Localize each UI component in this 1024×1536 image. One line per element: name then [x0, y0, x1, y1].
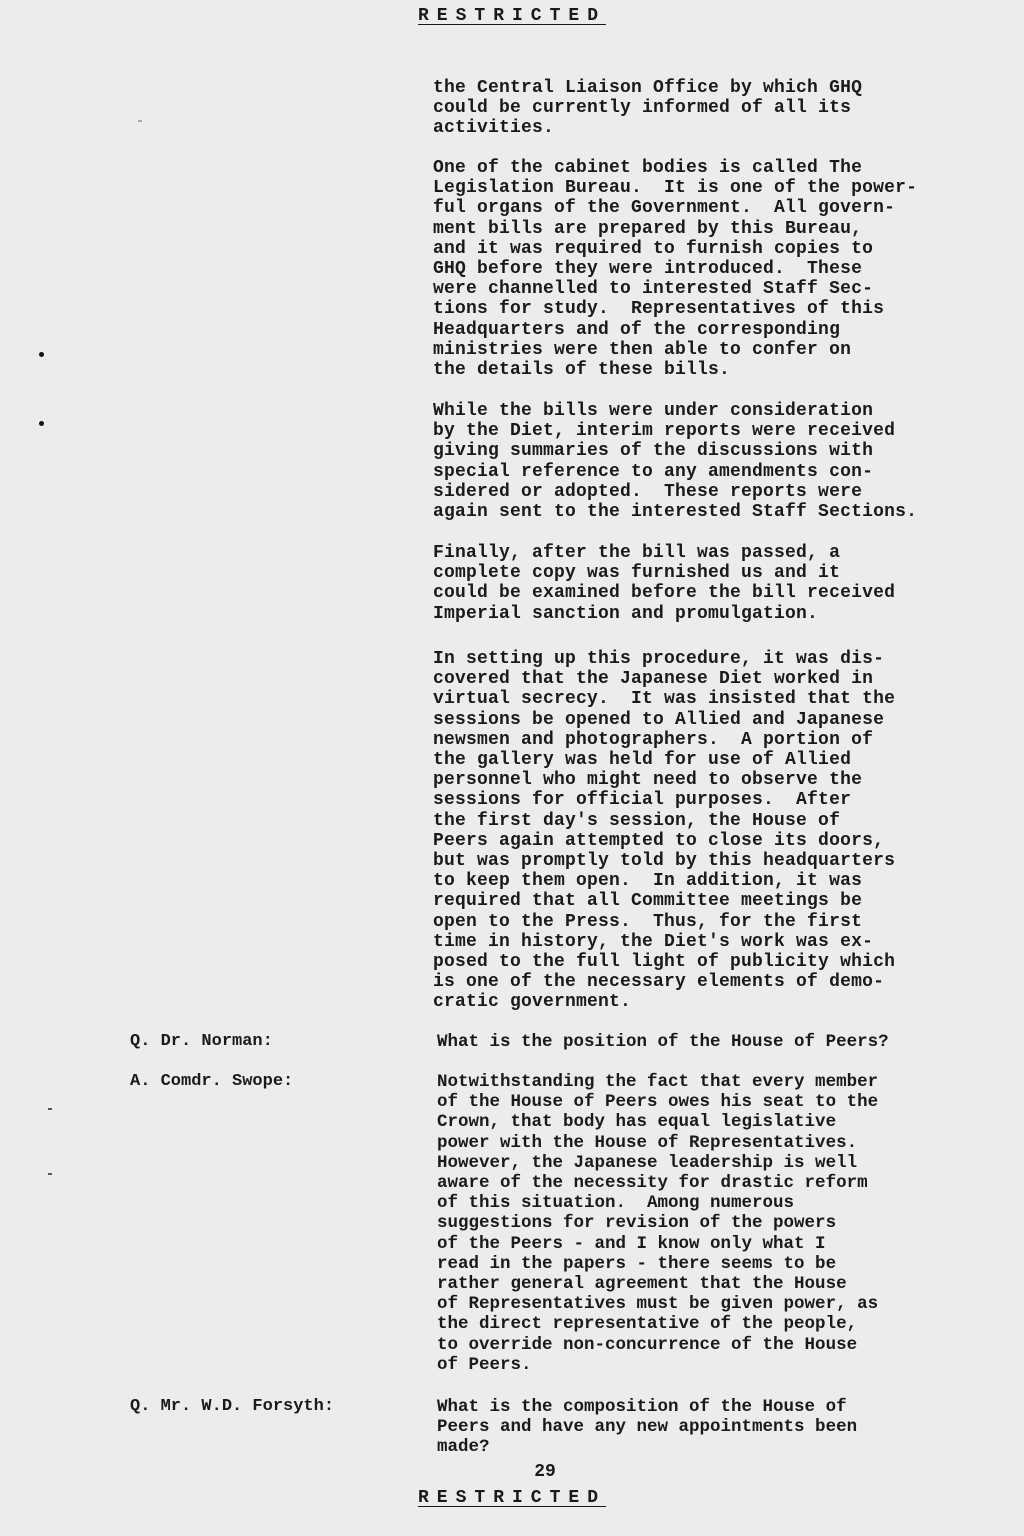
- answer-house-of-peers-position: Notwithstanding the fact that every memb…: [437, 1072, 997, 1375]
- speck-mark: [48, 1173, 52, 1175]
- paragraph-interim-reports: While the bills were under consideration…: [433, 401, 993, 522]
- classification-footer: RESTRICTED: [0, 1488, 1024, 1508]
- question-house-of-peers-composition: What is the composition of the House of …: [437, 1397, 997, 1458]
- classification-footer-text: RESTRICTED: [418, 1488, 606, 1508]
- paragraph-liaison-office: the Central Liaison Office by which GHQ …: [433, 78, 993, 139]
- classification-header: RESTRICTED: [0, 6, 1024, 26]
- punch-mark: [39, 352, 44, 357]
- speaker-dr-norman: Q. Dr. Norman:: [130, 1032, 273, 1052]
- speaker-comdr-swope: A. Comdr. Swope:: [130, 1072, 293, 1092]
- speck-mark: [48, 1108, 52, 1110]
- paragraph-legislation-bureau: One of the cabinet bodies is called The …: [433, 158, 993, 380]
- punch-mark: [39, 421, 44, 426]
- paragraph-final-copy: Finally, after the bill was passed, a co…: [433, 543, 993, 624]
- speaker-mr-forsyth: Q. Mr. W.D. Forsyth:: [130, 1397, 334, 1417]
- paragraph-diet-secrecy: In setting up this procedure, it was dis…: [433, 649, 993, 1013]
- page-number: 29: [0, 1462, 1024, 1482]
- classification-header-text: RESTRICTED: [418, 6, 606, 26]
- question-house-of-peers-position: What is the position of the House of Pee…: [437, 1032, 997, 1052]
- document-page: RESTRICTED the Central Liaison Office by…: [0, 0, 1024, 1536]
- speck-mark: [138, 120, 142, 122]
